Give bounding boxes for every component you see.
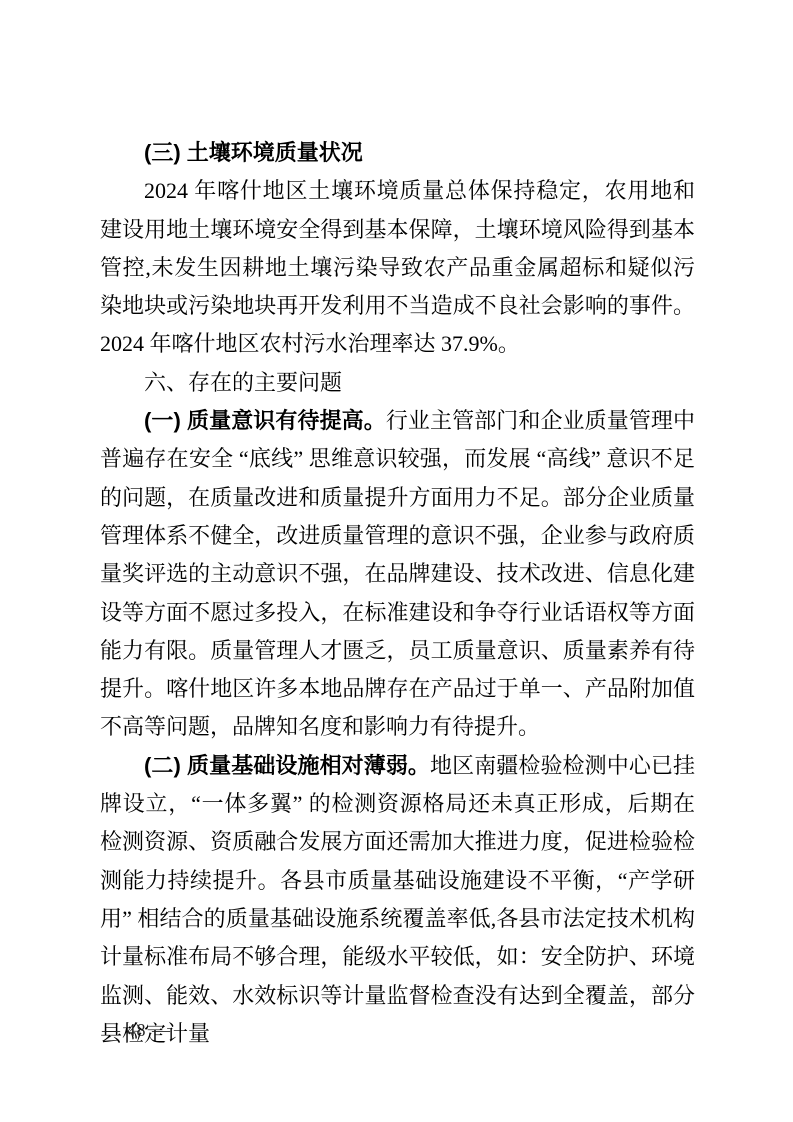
section-heading-main-problems: 六、存在的主要问题 (100, 364, 695, 402)
paragraph-quality-infrastructure: (二) 质量基础设施相对薄弱。地区南疆检验检测中心已挂牌设立，“一体多翼” 的检… (100, 747, 695, 1053)
document-page: (三) 土壤环境质量状况 2024 年喀什地区土壤环境质量总体保持稳定，农用地和… (0, 0, 793, 1122)
section-heading-soil-quality: (三) 土壤环境质量状况 (100, 134, 695, 172)
page-number: — 48 — (102, 1018, 171, 1042)
paragraph-lead-quality-infrastructure: (二) 质量基础设施相对薄弱。 (144, 753, 430, 778)
paragraph-soil-quality: 2024 年喀什地区土壤环境质量总体保持稳定，农用地和建设用地土壤环境安全得到基… (100, 172, 695, 363)
paragraph-text-quality-awareness: 行业主管部门和企业质量管理中普遍存在安全 “底线” 思维意识较强，而发展 “高线… (100, 408, 695, 739)
paragraph-lead-quality-awareness: (一) 质量意识有待提高。 (144, 408, 386, 433)
paragraph-text-quality-infrastructure: 地区南疆检验检测中心已挂牌设立，“一体多翼” 的检测资源格局还未真正形成，后期在… (100, 753, 695, 1046)
document-content: (三) 土壤环境质量状况 2024 年喀什地区土壤环境质量总体保持稳定，农用地和… (100, 134, 695, 1053)
paragraph-quality-awareness: (一) 质量意识有待提高。行业主管部门和企业质量管理中普遍存在安全 “底线” 思… (100, 402, 695, 747)
